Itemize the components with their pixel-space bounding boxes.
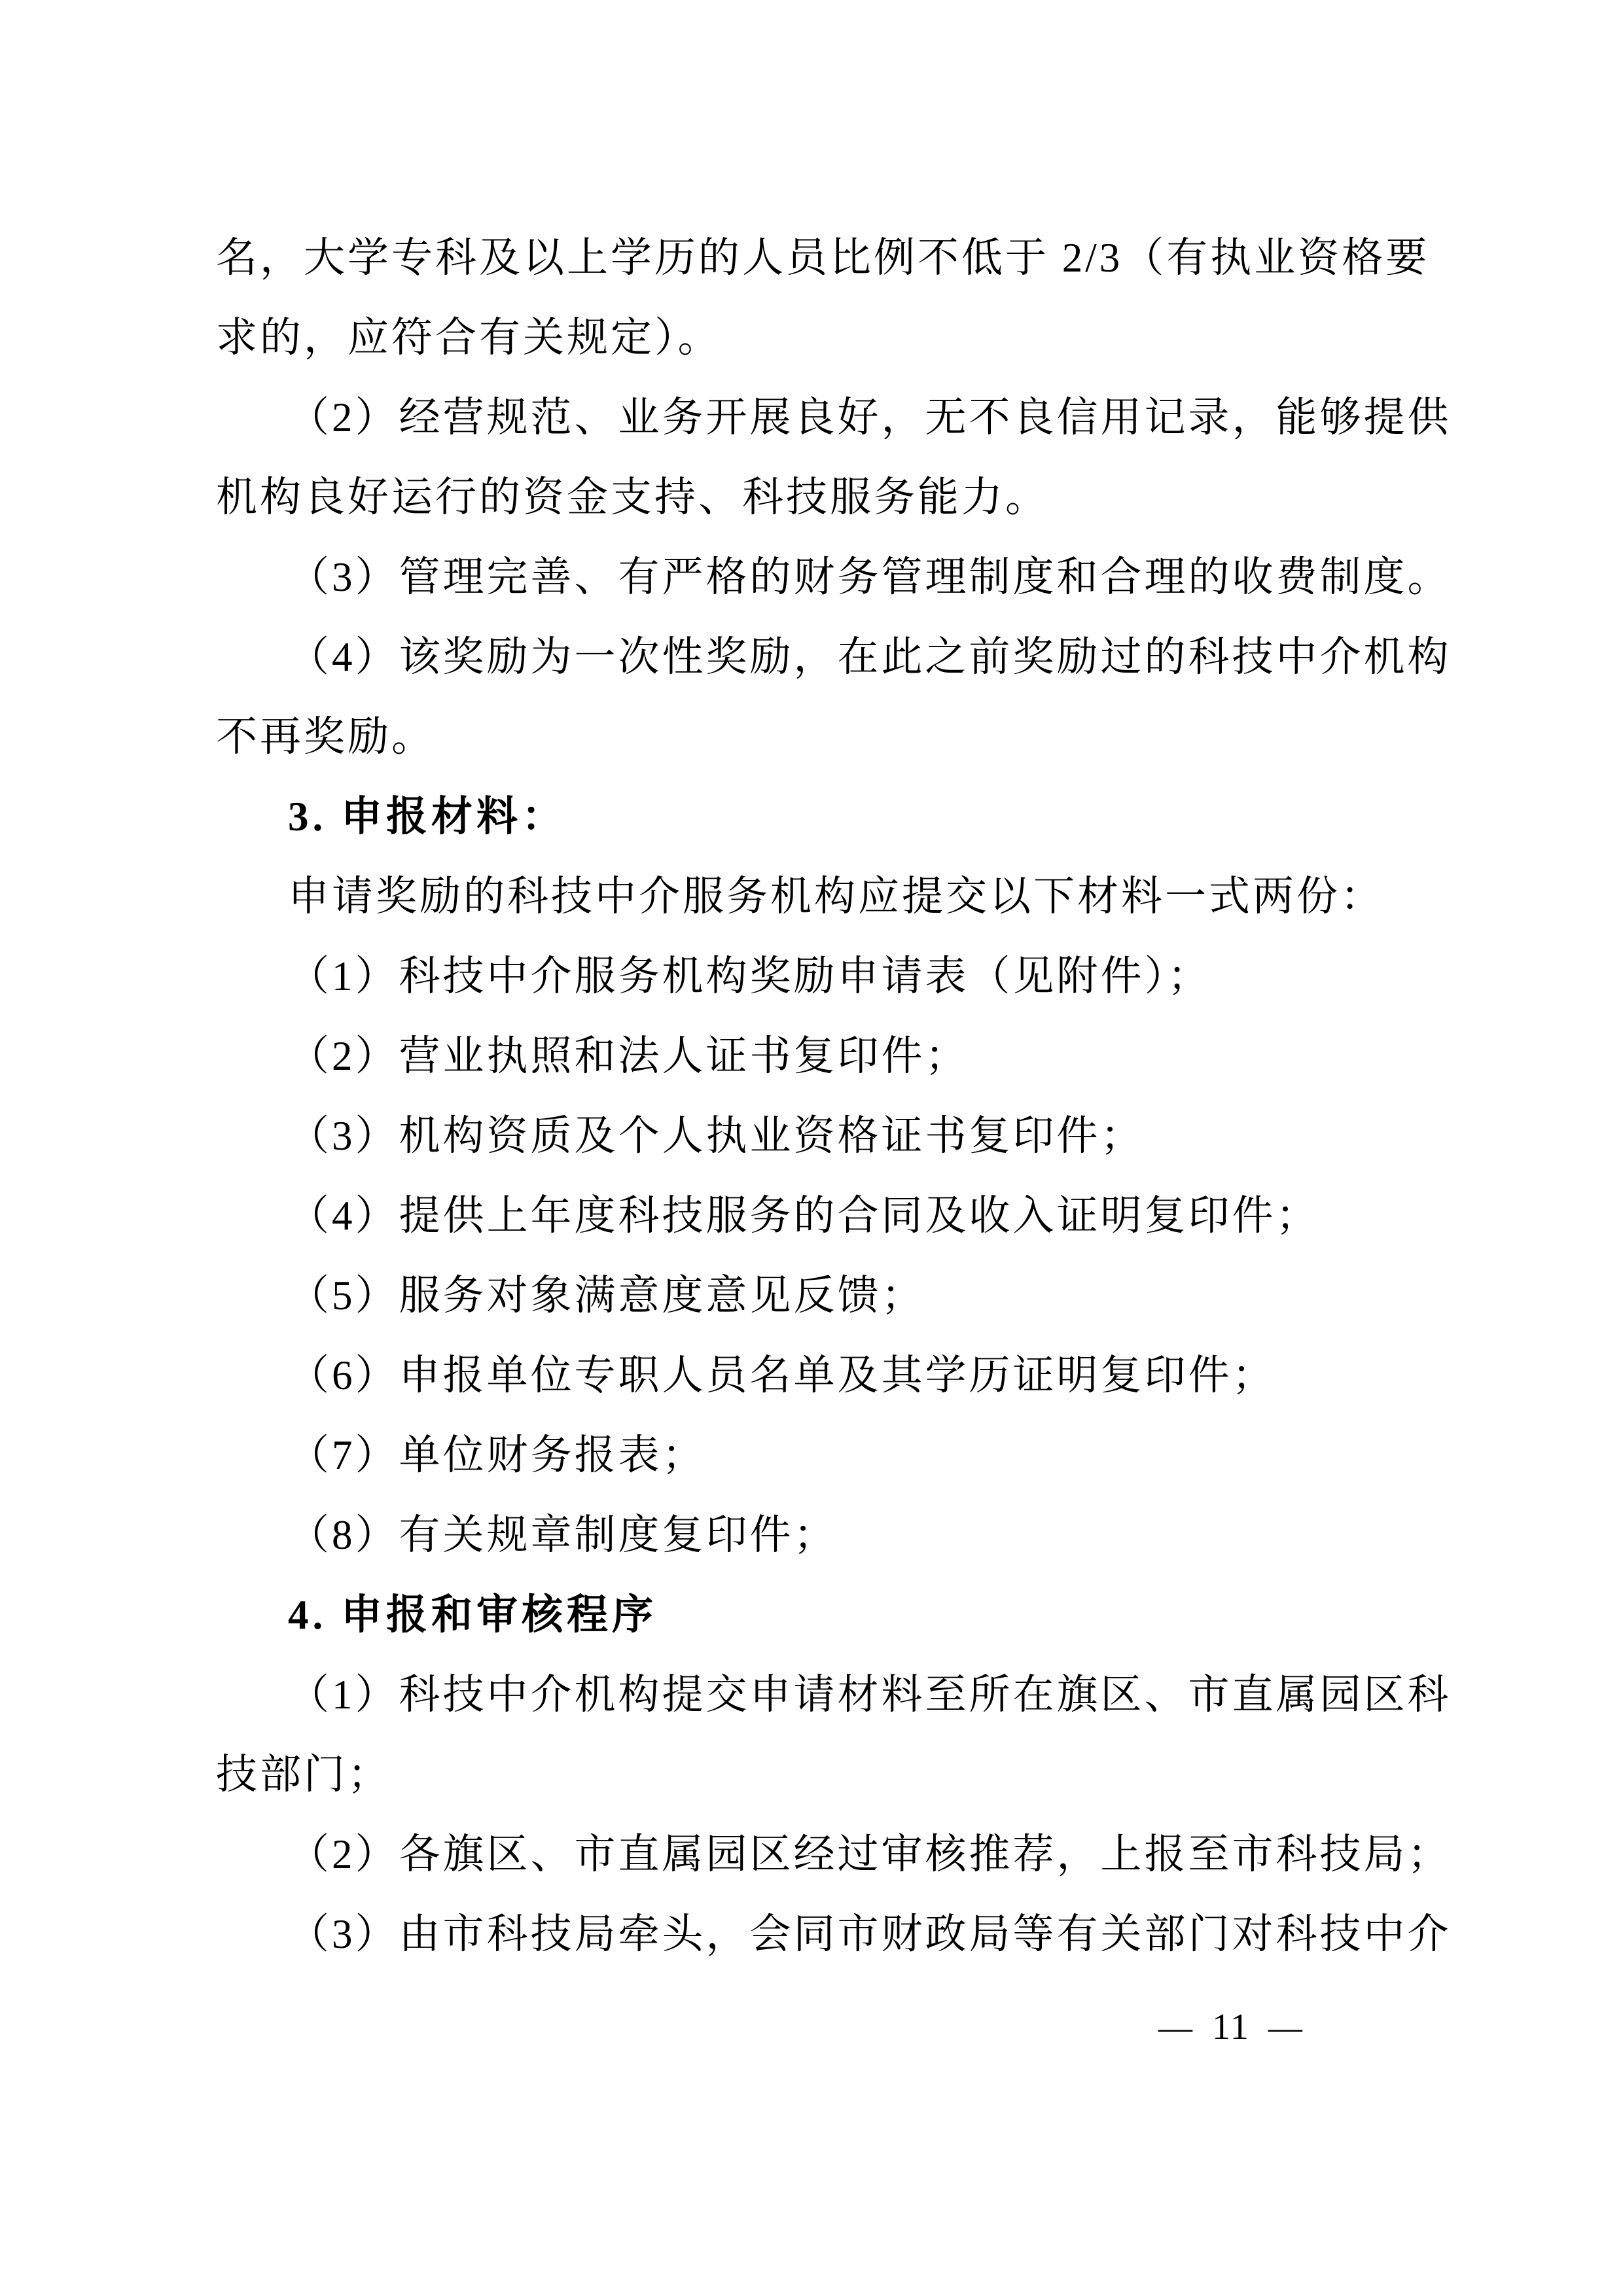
document-line: 机构良好运行的资金支持、科技服务能力。 (216, 457, 1361, 537)
document-line: （1）科技中介机构提交申请材料至所在旗区、市直属园区科 (216, 1655, 1361, 1735)
document-page: 名，大学专科及以上学历的人员比例不低于 2/3（有执业资格要 求的，应符合有关规… (0, 0, 1623, 2296)
document-line: 技部门； (216, 1735, 1361, 1814)
section-heading-procedure: 4. 申报和审核程序 (216, 1575, 1361, 1655)
document-line: 不再奖励。 (216, 697, 1361, 777)
list-item: （5）服务对象满意度意见反馈； (216, 1256, 1361, 1335)
document-body: 名，大学专科及以上学历的人员比例不低于 2/3（有执业资格要 求的，应符合有关规… (216, 218, 1361, 1974)
list-item: （4）提供上年度科技服务的合同及收入证明复印件； (216, 1176, 1361, 1256)
document-line: （2）各旗区、市直属园区经过审核推荐，上报至市科技局； (216, 1814, 1361, 1894)
list-item: （2）营业执照和法人证书复印件； (216, 1016, 1361, 1096)
document-line: （3）由市科技局牵头，会同市财政局等有关部门对科技中介 (216, 1894, 1361, 1974)
list-item: （1）科技中介服务机构奖励申请表（见附件）； (216, 936, 1361, 1016)
page-number-left-dash: — (1158, 2009, 1194, 2047)
list-item: （6）申报单位专职人员名单及其学历证明复印件； (216, 1335, 1361, 1415)
document-line: （3）管理完善、有严格的财务管理制度和合理的收费制度。 (216, 537, 1361, 617)
document-line: （2）经营规范、业务开展良好，无不良信用记录，能够提供 (216, 378, 1361, 457)
list-item: （7）单位财务报表； (216, 1415, 1361, 1495)
document-line: 申请奖励的科技中介服务机构应提交以下材料一式两份： (216, 857, 1361, 936)
list-item: （8）有关规章制度复印件； (216, 1495, 1361, 1575)
page-number-right-dash: — (1268, 2009, 1304, 2047)
page-number: —11— (1158, 2004, 1304, 2051)
page-number-value: 11 (1212, 2007, 1250, 2047)
document-line: 求的，应符合有关规定）。 (216, 298, 1361, 378)
document-line: 名，大学专科及以上学历的人员比例不低于 2/3（有执业资格要 (216, 218, 1361, 298)
section-heading-materials: 3. 申报材料： (216, 777, 1361, 857)
list-item: （3）机构资质及个人执业资格证书复印件； (216, 1096, 1361, 1176)
document-line: （4）该奖励为一次性奖励，在此之前奖励过的科技中介机构 (216, 617, 1361, 697)
